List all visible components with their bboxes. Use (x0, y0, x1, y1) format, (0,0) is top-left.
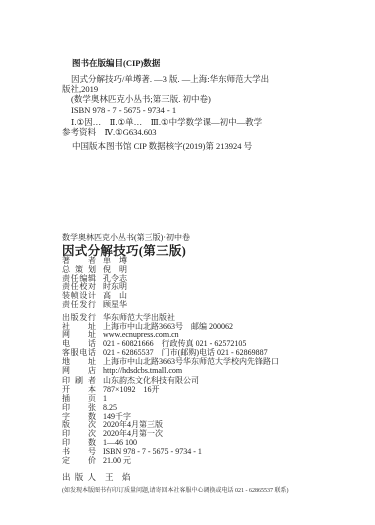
colophon-info: 著者单 墫 总策划倪 明 责任编辑孔令志 责任校对时东明 装帧设计高 山 责任发… (62, 257, 347, 495)
cip-record-number: 中国版本图书馆 CIP 数据核字(2019)第 213924 号 (72, 140, 252, 152)
cip-entry: 因式分解技巧/单墫著. —3 版. —上海:华东师范大学出 版社,2019 (数… (62, 74, 332, 115)
publisher-value: http://hdsdcbs.tmall.com (103, 367, 182, 376)
publisher-person-label: 出版人 (62, 472, 96, 482)
credit-row: 责任发行顾星华 (62, 301, 347, 310)
copyright-page: 图书在版编目(CIP)数据 因式分解技巧/单墫著. —3 版. —上海:华东师范… (0, 0, 375, 525)
cip-class-line2: 参考资料 Ⅳ.①G634.603 (62, 128, 332, 138)
printing-row: 定价21.00 元 (62, 457, 347, 466)
cip-entry-line2: 版社,2019 (62, 84, 332, 94)
publisher-person-value: 王 焰 (105, 472, 131, 482)
cip-isbn: ISBN 978 - 7 - 5675 - 9734 - 1 (62, 105, 332, 115)
printing-value: 787×1092 16开 (103, 386, 160, 395)
cip-series-note: (数学奥林匹克小丛书;第三版. 初中卷) (62, 94, 332, 104)
cip-classification: Ⅰ.①因… Ⅱ.①单… Ⅲ.①中学数学课—初中—教学 参考资料 Ⅳ.①G634.… (62, 118, 332, 138)
printing-label: 定价 (62, 457, 96, 466)
printing-block: 印刷者山东韵杰文化科技有限公司 开本787×1092 16开 插页1 印张8.2… (62, 377, 347, 465)
credit-label: 责任发行 (62, 301, 96, 310)
publisher-block: 出版发行华东师范大学出版社 社址上海市中山北路3663号 邮编 200062 网… (62, 314, 347, 376)
cip-header: 图书在版编目(CIP)数据 (72, 57, 160, 69)
publisher-person-row: 出版人王 焰 (62, 472, 347, 482)
cip-entry-line1: 因式分解技巧/单墫著. —3 版. —上海:华东师范大学出 (62, 74, 332, 84)
publisher-label: 网店 (62, 367, 96, 376)
credits-block: 著者单 墫 总策划倪 明 责任编辑孔令志 责任校对时东明 装帧设计高 山 责任发… (62, 257, 347, 310)
quality-footnote: (如发现本版图书有印订质量问题,请寄回本社客服中心调换或电话 021 - 628… (62, 488, 347, 495)
printing-value: 21.00 元 (103, 457, 131, 466)
credit-value: 顾星华 (103, 301, 127, 310)
publisher-row: 网店http://hdsdcbs.tmall.com (62, 367, 347, 376)
